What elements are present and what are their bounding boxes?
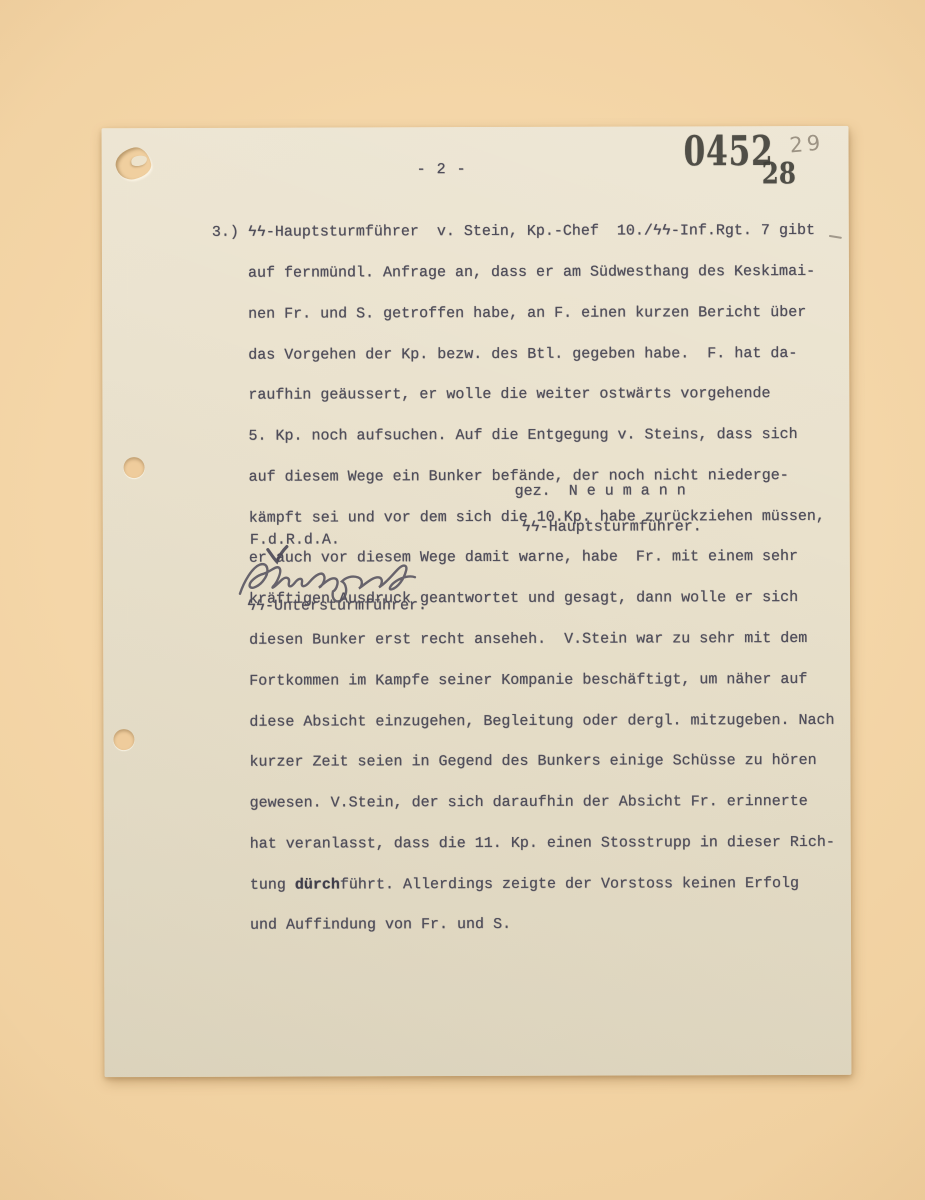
- typed-line-segment-emphasis: dürch: [295, 876, 340, 893]
- signer-name: [551, 483, 569, 500]
- signer-rank: ϟϟ-Hauptsturmführer.: [522, 518, 702, 536]
- typed-line: 5. Kp. noch aufsuchen. Auf die Entgegung…: [248, 428, 833, 443]
- page-number: - 2 -: [417, 161, 467, 178]
- typed-line-segment: führt. Allerdings zeigte der Vorstoss ke…: [340, 875, 799, 893]
- archive-number-secondary: 28: [762, 156, 796, 191]
- typed-line: das Vorgehen der Kp. bezw. des Btl. gege…: [248, 346, 833, 361]
- document-paper: - 2 - 0452 28 29 3.) ϟϟ-Hauptsturmführer…: [102, 126, 852, 1077]
- typed-line: gewesen. V.Stein, der sich daraufhin der…: [250, 795, 835, 810]
- typed-line: raufhin geäussert, er wolle die weiter o…: [248, 387, 833, 402]
- punch-hole-bottom: [113, 729, 134, 750]
- signer-name-text: N e u m a n n: [569, 482, 686, 499]
- punch-hole-top: [124, 457, 145, 478]
- typed-line: nen Fr. und S. getroffen habe, an F. ein…: [248, 306, 833, 321]
- typed-line: tung dürchführt. Allerdings zeigte der V…: [250, 877, 835, 892]
- torn-paper-hole: [113, 145, 154, 183]
- typed-line: kurzer Zeit seien in Gegend des Bunkers …: [249, 754, 834, 769]
- gez-prefix: gez.: [515, 483, 551, 500]
- typed-line: auf fernmündl. Anfrage an, dass er am Sü…: [248, 265, 833, 280]
- photo-backdrop: - 2 - 0452 28 29 3.) ϟϟ-Hauptsturmführer…: [0, 0, 925, 1200]
- typed-line: diesen Bunker erst recht anseheh. V.Stei…: [249, 632, 834, 647]
- certifier-rank: ϟϟ-Untersturmführer.: [247, 597, 427, 615]
- typed-line: diese Absicht einzugehen, Begleitung ode…: [249, 713, 834, 728]
- typed-line: Fortkommen im Kampfe seiner Kompanie bes…: [249, 673, 834, 688]
- typed-line-segment: tung: [250, 876, 295, 893]
- archive-stamp-number: 0452: [684, 126, 774, 175]
- typed-line: hat veranlasst, dass die 11. Kp. einen S…: [250, 836, 835, 851]
- typed-line: und Auffindung von Fr. und S.: [250, 917, 835, 932]
- pencil-annotation-number: 29: [789, 130, 826, 157]
- typed-line: 3.) ϟϟ-Hauptsturmführer v. Stein, Kp.-Ch…: [212, 224, 833, 240]
- signed-by-line: gez. N e u m a n n: [515, 482, 686, 500]
